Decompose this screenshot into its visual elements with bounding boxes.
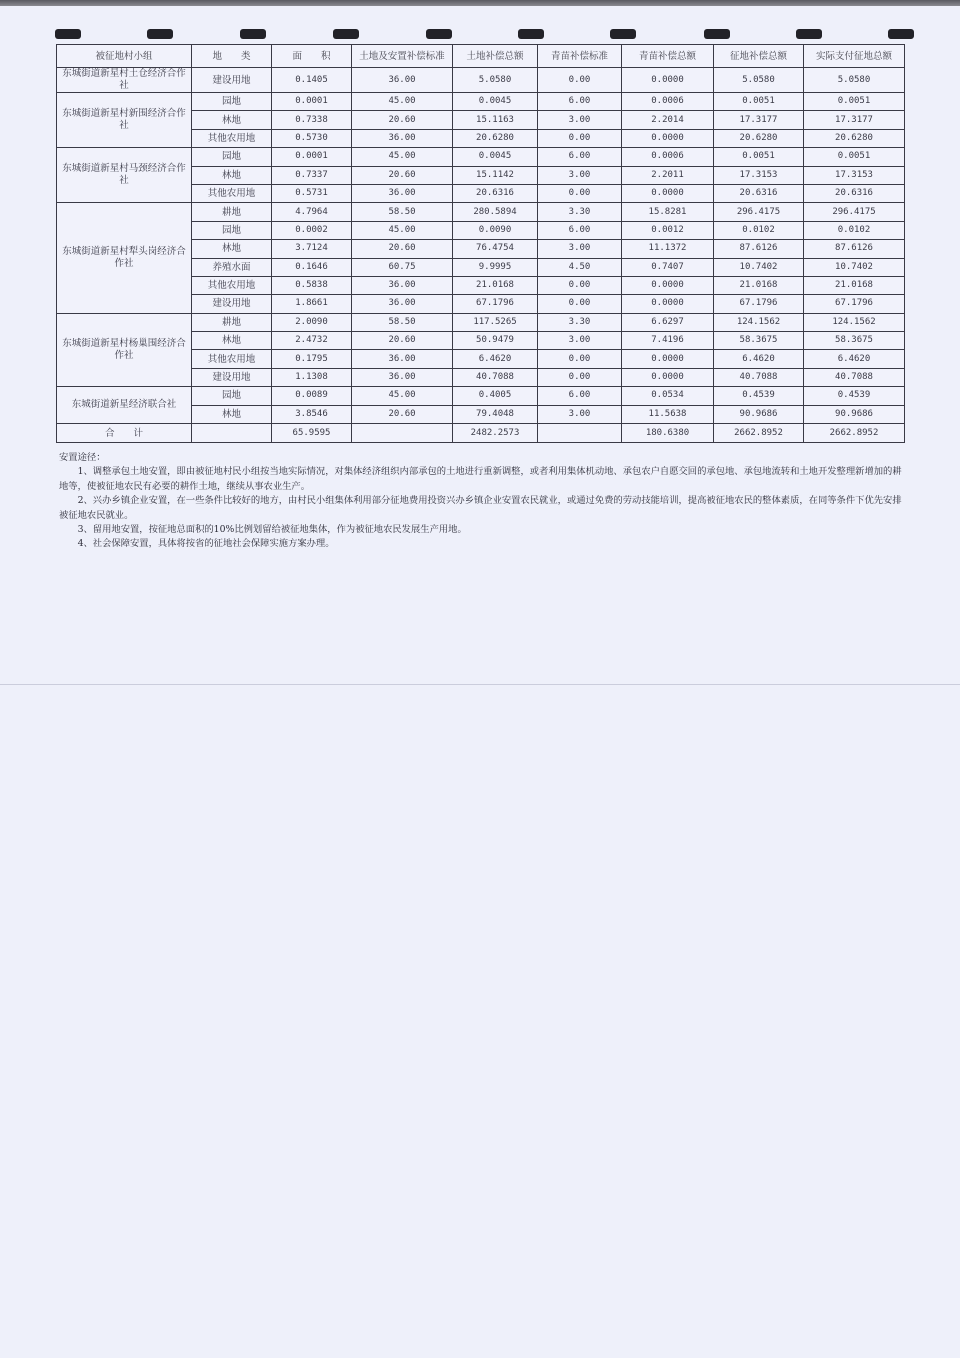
cell-type: 养殖水面 <box>192 258 272 276</box>
cell-type: 林地 <box>192 405 272 423</box>
cell-comp-total: 296.4175 <box>714 203 804 221</box>
cell-area: 0.5730 <box>272 129 352 147</box>
cell-type: 建设用地 <box>192 68 272 93</box>
cell-paid-total: 67.1796 <box>804 295 905 313</box>
punch-hole <box>610 29 636 39</box>
cell-land-total: 20.6316 <box>453 184 538 202</box>
cell-crop-std: 3.00 <box>538 405 622 423</box>
cell-paid-total: 20.6280 <box>804 129 905 147</box>
cell-comp-total: 20.6280 <box>714 129 804 147</box>
cell-type: 林地 <box>192 240 272 258</box>
cell-crop-total: 0.0000 <box>622 350 714 368</box>
cell-paid-total: 40.7088 <box>804 368 905 386</box>
table-row: 东城街道新星经济联合社园地0.008945.000.40056.000.0534… <box>57 387 905 405</box>
note-item: 2、兴办乡镇企业安置，在一些条件比较好的地方，由村民小组集体利用部分征地费用投资… <box>59 494 904 523</box>
cell-comp-total: 0.4539 <box>714 387 804 405</box>
cell-area: 0.1405 <box>272 68 352 93</box>
cell-crop-total: 0.0534 <box>622 387 714 405</box>
cell-comp-total: 6.4620 <box>714 350 804 368</box>
cell-comp-total: 40.7088 <box>714 368 804 386</box>
total-type <box>192 424 272 443</box>
cell-crop-std: 3.30 <box>538 313 622 331</box>
cell-land-total: 6.4620 <box>453 350 538 368</box>
cell-comp-total: 17.3177 <box>714 111 804 129</box>
village-group-cell: 东城街道新星村犁头岗经济合作社 <box>57 203 192 313</box>
cell-type: 其他农用地 <box>192 350 272 368</box>
cell-crop-total: 6.6297 <box>622 313 714 331</box>
cell-crop-std: 3.00 <box>538 332 622 350</box>
cell-type: 建设用地 <box>192 368 272 386</box>
cell-crop-std: 3.00 <box>538 240 622 258</box>
cell-land-total: 15.1163 <box>453 111 538 129</box>
table-body: 东城街道新星村土仓经济合作社建设用地0.140536.005.05800.000… <box>57 68 905 443</box>
total-land-total: 2482.2573 <box>453 424 538 443</box>
cell-crop-total: 2.2014 <box>622 111 714 129</box>
cell-paid-total: 0.0102 <box>804 221 905 239</box>
cell-land-std: 36.00 <box>352 368 453 386</box>
cell-crop-std: 6.00 <box>538 221 622 239</box>
cell-type: 园地 <box>192 387 272 405</box>
cell-crop-std: 3.00 <box>538 166 622 184</box>
table-row: 东城街道新星村犁头岗经济合作社耕地4.796458.50280.58943.30… <box>57 203 905 221</box>
cell-crop-std: 6.00 <box>538 93 622 111</box>
total-row: 合 计65.95952482.2573180.63802662.89522662… <box>57 424 905 443</box>
total-crop-total: 180.6380 <box>622 424 714 443</box>
cell-crop-std: 0.00 <box>538 295 622 313</box>
cell-paid-total: 124.1562 <box>804 313 905 331</box>
cell-paid-total: 17.3177 <box>804 111 905 129</box>
cell-area: 4.7964 <box>272 203 352 221</box>
cell-comp-total: 20.6316 <box>714 184 804 202</box>
punch-hole <box>147 29 173 39</box>
note-item: 3、留用地安置，按征地总面积的10%比例划留给被征地集体，作为被征地农民发展生产… <box>59 523 904 537</box>
cell-land-std: 60.75 <box>352 258 453 276</box>
column-header: 土地补偿总额 <box>453 45 538 68</box>
cell-crop-std: 0.00 <box>538 276 622 294</box>
cell-paid-total: 10.7402 <box>804 258 905 276</box>
column-header: 面 积 <box>272 45 352 68</box>
cell-comp-total: 0.0051 <box>714 93 804 111</box>
cell-crop-total: 0.0000 <box>622 68 714 93</box>
cell-paid-total: 6.4620 <box>804 350 905 368</box>
cell-land-std: 20.60 <box>352 405 453 423</box>
cell-type: 建设用地 <box>192 295 272 313</box>
cell-land-std: 36.00 <box>352 276 453 294</box>
cell-crop-total: 11.1372 <box>622 240 714 258</box>
cell-crop-std: 4.50 <box>538 258 622 276</box>
cell-crop-total: 0.0006 <box>622 93 714 111</box>
cell-type: 其他农用地 <box>192 184 272 202</box>
cell-type: 林地 <box>192 166 272 184</box>
cell-land-std: 45.00 <box>352 387 453 405</box>
total-area: 65.9595 <box>272 424 352 443</box>
cell-land-total: 40.7088 <box>453 368 538 386</box>
cell-crop-total: 0.0000 <box>622 276 714 294</box>
cell-comp-total: 0.0051 <box>714 148 804 166</box>
cell-crop-total: 0.0006 <box>622 148 714 166</box>
cell-crop-std: 0.00 <box>538 368 622 386</box>
cell-crop-std: 0.00 <box>538 184 622 202</box>
cell-crop-total: 0.0000 <box>622 368 714 386</box>
cell-land-std: 45.00 <box>352 221 453 239</box>
cell-comp-total: 5.0580 <box>714 68 804 93</box>
punch-hole <box>704 29 730 39</box>
cell-area: 0.0002 <box>272 221 352 239</box>
paper-fold-line <box>0 684 960 685</box>
total-paid-total: 2662.8952 <box>804 424 905 443</box>
village-group-cell: 东城街道新星村土仓经济合作社 <box>57 68 192 93</box>
punch-hole <box>796 29 822 39</box>
cell-land-total: 9.9995 <box>453 258 538 276</box>
cell-paid-total: 0.4539 <box>804 387 905 405</box>
cell-area: 0.7337 <box>272 166 352 184</box>
punch-holes <box>0 29 960 41</box>
cell-comp-total: 90.9686 <box>714 405 804 423</box>
village-group-cell: 东城街道新星村杨巢围经济合作社 <box>57 313 192 387</box>
cell-crop-total: 0.0000 <box>622 184 714 202</box>
cell-land-total: 21.0168 <box>453 276 538 294</box>
cell-land-std: 20.60 <box>352 166 453 184</box>
cell-type: 园地 <box>192 221 272 239</box>
punch-hole <box>240 29 266 39</box>
note-item: 1、调整承包土地安置，即由被征地村民小组按当地实际情况，对集体经济组织内部承包的… <box>59 465 904 494</box>
cell-land-std: 36.00 <box>352 295 453 313</box>
cell-paid-total: 296.4175 <box>804 203 905 221</box>
total-label: 合 计 <box>57 424 192 443</box>
cell-land-std: 36.00 <box>352 129 453 147</box>
punch-hole <box>333 29 359 39</box>
table-header-row: 被征地村小组地 类面 积土地及安置补偿标准土地补偿总额青苗补偿标准青苗补偿总额征… <box>57 45 905 68</box>
cell-type: 园地 <box>192 148 272 166</box>
cell-area: 0.0001 <box>272 93 352 111</box>
column-header: 被征地村小组 <box>57 45 192 68</box>
column-header: 青苗补偿总额 <box>622 45 714 68</box>
cell-area: 1.1308 <box>272 368 352 386</box>
cell-area: 0.1646 <box>272 258 352 276</box>
cell-area: 3.8546 <box>272 405 352 423</box>
cell-land-total: 76.4754 <box>453 240 538 258</box>
cell-area: 1.8661 <box>272 295 352 313</box>
cell-type: 耕地 <box>192 203 272 221</box>
cell-comp-total: 58.3675 <box>714 332 804 350</box>
punch-hole <box>55 29 81 39</box>
cell-land-std: 58.50 <box>352 203 453 221</box>
cell-paid-total: 21.0168 <box>804 276 905 294</box>
cell-land-total: 117.5265 <box>453 313 538 331</box>
column-header: 青苗补偿标准 <box>538 45 622 68</box>
cell-land-std: 45.00 <box>352 148 453 166</box>
cell-crop-total: 7.4196 <box>622 332 714 350</box>
cell-crop-total: 0.0000 <box>622 129 714 147</box>
cell-paid-total: 5.0580 <box>804 68 905 93</box>
cell-crop-std: 0.00 <box>538 68 622 93</box>
cell-land-std: 20.60 <box>352 240 453 258</box>
cell-comp-total: 87.6126 <box>714 240 804 258</box>
cell-type: 林地 <box>192 332 272 350</box>
cell-type: 园地 <box>192 93 272 111</box>
cell-comp-total: 124.1562 <box>714 313 804 331</box>
cell-land-std: 58.50 <box>352 313 453 331</box>
cell-land-total: 0.4005 <box>453 387 538 405</box>
village-group-cell: 东城街道新星村马颈经济合作社 <box>57 148 192 203</box>
cell-type: 其他农用地 <box>192 276 272 294</box>
total-comp-total: 2662.8952 <box>714 424 804 443</box>
column-header: 地 类 <box>192 45 272 68</box>
cell-land-std: 20.60 <box>352 111 453 129</box>
cell-land-total: 0.0090 <box>453 221 538 239</box>
cell-type: 林地 <box>192 111 272 129</box>
note-item: 4、社会保障安置，具体将按省的征地社会保障实施方案办理。 <box>59 537 904 551</box>
table-row: 东城街道新星村杨巢围经济合作社耕地2.009058.50117.52653.30… <box>57 313 905 331</box>
village-group-cell: 东城街道新星村新围经济合作社 <box>57 93 192 148</box>
cell-area: 0.5731 <box>272 184 352 202</box>
total-crop-std <box>538 424 622 443</box>
scan-top-edge <box>0 0 960 6</box>
cell-land-total: 20.6280 <box>453 129 538 147</box>
cell-land-total: 0.0045 <box>453 93 538 111</box>
cell-area: 0.7338 <box>272 111 352 129</box>
cell-land-total: 67.1796 <box>453 295 538 313</box>
cell-comp-total: 21.0168 <box>714 276 804 294</box>
cell-area: 2.4732 <box>272 332 352 350</box>
cell-comp-total: 0.0102 <box>714 221 804 239</box>
cell-crop-std: 3.00 <box>538 111 622 129</box>
cell-crop-total: 0.0012 <box>622 221 714 239</box>
cell-crop-std: 6.00 <box>538 387 622 405</box>
cell-land-total: 15.1142 <box>453 166 538 184</box>
cell-crop-total: 0.0000 <box>622 295 714 313</box>
punch-hole <box>518 29 544 39</box>
cell-crop-std: 0.00 <box>538 129 622 147</box>
cell-area: 0.0001 <box>272 148 352 166</box>
cell-area: 0.1795 <box>272 350 352 368</box>
cell-crop-total: 2.2011 <box>622 166 714 184</box>
cell-crop-std: 0.00 <box>538 350 622 368</box>
column-header: 实际支付征地总额 <box>804 45 905 68</box>
total-land-std <box>352 424 453 443</box>
cell-paid-total: 0.0051 <box>804 93 905 111</box>
resettlement-notes: 安置途径： 1、调整承包土地安置，即由被征地村民小组按当地实际情况，对集体经济组… <box>59 451 904 552</box>
cell-comp-total: 67.1796 <box>714 295 804 313</box>
cell-land-total: 280.5894 <box>453 203 538 221</box>
cell-area: 0.5838 <box>272 276 352 294</box>
cell-area: 2.0090 <box>272 313 352 331</box>
cell-land-std: 36.00 <box>352 68 453 93</box>
cell-crop-std: 6.00 <box>538 148 622 166</box>
table-row: 东城街道新星村新围经济合作社园地0.000145.000.00456.000.0… <box>57 93 905 111</box>
cell-land-std: 45.00 <box>352 93 453 111</box>
village-group-cell: 东城街道新星经济联合社 <box>57 387 192 424</box>
cell-paid-total: 20.6316 <box>804 184 905 202</box>
cell-land-std: 36.00 <box>352 350 453 368</box>
cell-land-total: 79.4048 <box>453 405 538 423</box>
cell-area: 0.0089 <box>272 387 352 405</box>
cell-land-total: 50.9479 <box>453 332 538 350</box>
punch-hole <box>426 29 452 39</box>
cell-comp-total: 10.7402 <box>714 258 804 276</box>
cell-crop-total: 11.5638 <box>622 405 714 423</box>
cell-type: 其他农用地 <box>192 129 272 147</box>
cell-land-total: 0.0045 <box>453 148 538 166</box>
cell-paid-total: 90.9686 <box>804 405 905 423</box>
cell-crop-total: 15.8281 <box>622 203 714 221</box>
notes-title: 安置途径： <box>59 451 904 465</box>
cell-comp-total: 17.3153 <box>714 166 804 184</box>
column-header: 土地及安置补偿标准 <box>352 45 453 68</box>
cell-paid-total: 17.3153 <box>804 166 905 184</box>
cell-paid-total: 58.3675 <box>804 332 905 350</box>
cell-land-std: 20.60 <box>352 332 453 350</box>
table-row: 东城街道新星村土仓经济合作社建设用地0.140536.005.05800.000… <box>57 68 905 93</box>
cell-paid-total: 0.0051 <box>804 148 905 166</box>
cell-paid-total: 87.6126 <box>804 240 905 258</box>
cell-crop-std: 3.30 <box>538 203 622 221</box>
compensation-table: 被征地村小组地 类面 积土地及安置补偿标准土地补偿总额青苗补偿标准青苗补偿总额征… <box>56 44 905 443</box>
table-row: 东城街道新星村马颈经济合作社园地0.000145.000.00456.000.0… <box>57 148 905 166</box>
column-header: 征地补偿总额 <box>714 45 804 68</box>
cell-land-std: 36.00 <box>352 184 453 202</box>
cell-crop-total: 0.7407 <box>622 258 714 276</box>
cell-land-total: 5.0580 <box>453 68 538 93</box>
cell-area: 3.7124 <box>272 240 352 258</box>
punch-hole <box>888 29 914 39</box>
cell-type: 耕地 <box>192 313 272 331</box>
